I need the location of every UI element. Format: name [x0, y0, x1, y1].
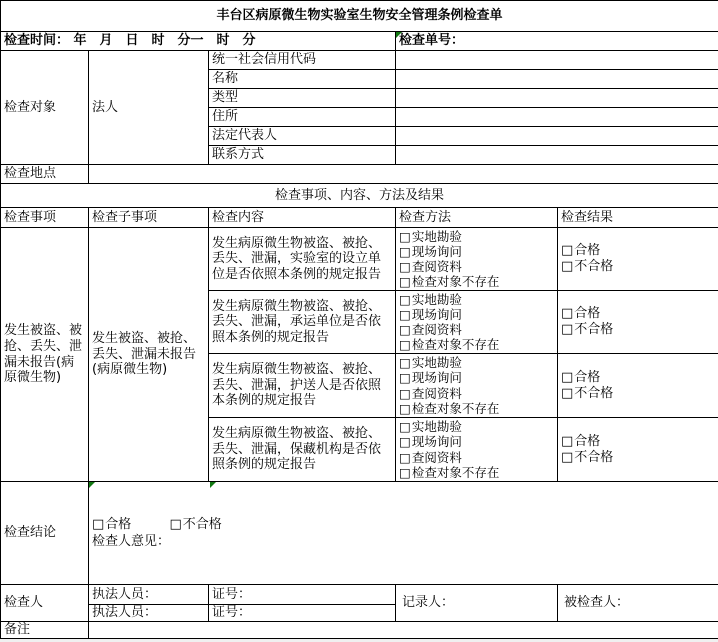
result-option[interactable]: □合格 — [561, 370, 715, 386]
object-label: 检查对象 — [1, 51, 89, 165]
results-cell: □合格 □不合格 — [558, 418, 718, 482]
method-label: 实地勘验 — [412, 292, 462, 307]
method-label: 检查对象不存在 — [412, 274, 500, 289]
method-label: 查阅资料 — [412, 259, 462, 274]
checkbox-icon: □ — [92, 517, 104, 532]
place-label: 检查地点 — [1, 165, 89, 184]
method-option[interactable]: □查阅资料 — [399, 386, 554, 401]
col-header-item: 检查事项 — [1, 208, 89, 228]
conclusion-options: □合格 □不合格 — [92, 517, 715, 533]
content-cell: 发生病原微生物被盗、被抢、丢失、泄漏，护送人是否依照本条例的规定报告 — [209, 354, 396, 418]
col-header-content: 检查内容 — [209, 208, 396, 228]
conclusion-option-fail[interactable]: □不合格 — [169, 517, 221, 532]
checkbox-icon: □ — [169, 517, 181, 532]
subitem-cell: 发生被盗、被抢、丢失、泄漏未报告(病原微生物) — [89, 228, 209, 482]
error-marker-icon — [89, 482, 95, 488]
method-label: 实地勘验 — [412, 419, 462, 434]
officer-field-2[interactable]: 执法人员： — [89, 605, 209, 622]
field-value-contact[interactable] — [396, 146, 718, 165]
checkbox-icon: □ — [399, 401, 411, 416]
checkbox-icon: □ — [399, 307, 411, 322]
results-cell: □合格 □不合格 — [558, 228, 718, 291]
method-option[interactable]: □检查对象不存在 — [399, 337, 554, 352]
error-marker-icon — [210, 482, 216, 488]
method-label: 检查对象不存在 — [412, 465, 500, 480]
remark-value[interactable] — [89, 622, 718, 639]
result-label: 不合格 — [574, 450, 613, 465]
checkbox-icon: □ — [561, 259, 573, 274]
method-option[interactable]: □现场询问 — [399, 370, 554, 385]
content-cell: 发生病原微生物被盗、被抢、丢失、泄漏，保藏机构是否依照条例的规定报告 — [209, 418, 396, 482]
method-label: 现场询问 — [412, 434, 462, 449]
result-option[interactable]: □合格 — [561, 306, 715, 322]
result-label: 合格 — [574, 434, 600, 449]
officer-field-1[interactable]: 执法人员： — [89, 585, 209, 605]
result-label: 不合格 — [574, 322, 613, 337]
section-header: 检查事项、内容、方法及结果 — [1, 184, 718, 208]
conclusion-option-pass[interactable]: □合格 — [92, 517, 131, 532]
checkbox-icon: □ — [399, 259, 411, 274]
inspector-label: 检查人 — [1, 585, 89, 622]
result-label: 不合格 — [574, 386, 613, 401]
method-option[interactable]: □实地勘验 — [399, 229, 554, 244]
result-label: 合格 — [574, 370, 600, 385]
checkbox-icon: □ — [561, 386, 573, 401]
inspector-opinion-label: 检查人意见： — [92, 534, 715, 550]
result-label: 不合格 — [574, 259, 613, 274]
method-label: 查阅资料 — [412, 450, 462, 465]
result-option[interactable]: □合格 — [561, 243, 715, 259]
method-label: 现场询问 — [412, 307, 462, 322]
checkbox-icon: □ — [399, 355, 411, 370]
col-header-result: 检查结果 — [558, 208, 718, 228]
method-option[interactable]: □检查对象不存在 — [399, 274, 554, 289]
checkbox-icon: □ — [561, 450, 573, 465]
remark-label: 备注 — [1, 622, 89, 639]
checkbox-icon: □ — [399, 370, 411, 385]
field-label-address: 住所 — [209, 108, 396, 127]
inspected-person-field[interactable]: 被检查人： — [558, 585, 718, 622]
object-type-label: 法人 — [89, 51, 209, 165]
cert-field-2[interactable]: 证号： — [209, 605, 396, 622]
checkbox-icon: □ — [561, 322, 573, 337]
method-label: 现场询问 — [412, 244, 462, 259]
method-label: 实地勘验 — [412, 355, 462, 370]
methods-cell: □实地勘验 □现场询问 □查阅资料 □检查对象不存在 — [396, 291, 558, 354]
field-label-credit-code: 统一社会信用代码 — [209, 51, 396, 70]
item-cell: 发生被盗、被抢、丢失、泄漏未报告(病原微生物) — [1, 228, 89, 482]
conclusion-label: 检查结论 — [1, 482, 89, 585]
conclusion-cell[interactable]: □合格 □不合格 检查人意见： — [89, 482, 718, 585]
field-label-legal-rep: 法定代表人 — [209, 127, 396, 146]
method-option[interactable]: □实地勘验 — [399, 292, 554, 307]
inspection-form-table: 丰台区病原微生物实验室生物安全管理条例检查单 检查时间： 年 月 日 时 分一 … — [0, 0, 718, 639]
method-option[interactable]: □现场询问 — [399, 434, 554, 449]
field-value-address[interactable] — [396, 108, 718, 127]
result-option[interactable]: □不合格 — [561, 386, 715, 402]
checkbox-icon: □ — [399, 465, 411, 480]
sheet-bottom-strip — [0, 639, 718, 642]
checkbox-icon: □ — [561, 243, 573, 258]
method-option[interactable]: □现场询问 — [399, 244, 554, 259]
checkbox-icon: □ — [399, 244, 411, 259]
place-value[interactable] — [89, 165, 718, 184]
field-label-contact: 联系方式 — [209, 146, 396, 165]
methods-cell: □实地勘验 □现场询问 □查阅资料 □检查对象不存在 — [396, 228, 558, 291]
field-label-name: 名称 — [209, 70, 396, 89]
result-label: 合格 — [574, 243, 600, 258]
conclusion-option-label: 不合格 — [183, 517, 222, 532]
doc-number-field[interactable]: 检查单号： — [396, 32, 718, 51]
method-label: 现场询问 — [412, 370, 462, 385]
content-cell: 发生病原微生物被盗、被抢、丢失、泄漏，承运单位是否依照本条例的规定报告 — [209, 291, 396, 354]
checkbox-icon: □ — [399, 450, 411, 465]
result-option[interactable]: □不合格 — [561, 259, 715, 275]
checkbox-icon: □ — [561, 306, 573, 321]
error-marker-icon — [396, 32, 402, 38]
method-option[interactable]: □查阅资料 — [399, 259, 554, 274]
result-option[interactable]: □不合格 — [561, 322, 715, 338]
result-option[interactable]: □合格 — [561, 434, 715, 450]
checkbox-icon: □ — [399, 274, 411, 289]
methods-cell: □实地勘验 □现场询问 □查阅资料 □检查对象不存在 — [396, 418, 558, 482]
content-cell: 发生病原微生物被盗、被抢、丢失、泄漏，实验室的设立单位是否依照本条例的规定报告 — [209, 228, 396, 291]
checkbox-icon: □ — [399, 434, 411, 449]
methods-cell: □实地勘验 □现场询问 □查阅资料 □检查对象不存在 — [396, 354, 558, 418]
field-value-credit-code[interactable] — [396, 51, 718, 70]
form-title: 丰台区病原微生物实验室生物安全管理条例检查单 — [1, 1, 718, 32]
checkbox-icon: □ — [399, 322, 411, 337]
method-label: 检查对象不存在 — [412, 337, 500, 352]
checkbox-icon: □ — [399, 229, 411, 244]
result-option[interactable]: □不合格 — [561, 450, 715, 466]
field-value-type[interactable] — [396, 89, 718, 108]
conclusion-option-label: 合格 — [105, 517, 131, 532]
checkbox-icon: □ — [399, 337, 411, 352]
method-label: 检查对象不存在 — [412, 401, 500, 416]
results-cell: □合格 □不合格 — [558, 354, 718, 418]
method-label: 实地勘验 — [412, 229, 462, 244]
col-header-subitem: 检查子事项 — [89, 208, 209, 228]
method-label: 查阅资料 — [412, 386, 462, 401]
checkbox-icon: □ — [561, 370, 573, 385]
checkbox-icon: □ — [399, 292, 411, 307]
doc-number-label: 检查单号： — [399, 33, 464, 48]
method-option[interactable]: □查阅资料 — [399, 322, 554, 337]
method-option[interactable]: □查阅资料 — [399, 450, 554, 465]
recorder-field[interactable]: 记录人： — [396, 585, 558, 622]
method-option[interactable]: □实地勘验 — [399, 419, 554, 434]
result-label: 合格 — [574, 306, 600, 321]
inspection-form-page: 丰台区病原微生物实验室生物安全管理条例检查单 检查时间： 年 月 日 时 分一 … — [0, 0, 718, 642]
checkbox-icon: □ — [399, 419, 411, 434]
method-option[interactable]: □实地勘验 — [399, 355, 554, 370]
method-option[interactable]: □检查对象不存在 — [399, 465, 554, 480]
check-time-field[interactable]: 检查时间： 年 月 日 时 分一 时 分 — [1, 32, 396, 51]
method-option[interactable]: □检查对象不存在 — [399, 401, 554, 416]
checkbox-icon: □ — [561, 434, 573, 449]
field-value-name[interactable] — [396, 70, 718, 89]
results-cell: □合格 □不合格 — [558, 291, 718, 354]
checkbox-icon: □ — [399, 386, 411, 401]
col-header-method: 检查方法 — [396, 208, 558, 228]
field-label-type: 类型 — [209, 89, 396, 108]
cert-field-1[interactable]: 证号： — [209, 585, 396, 605]
method-option[interactable]: □现场询问 — [399, 307, 554, 322]
method-label: 查阅资料 — [412, 322, 462, 337]
field-value-legal-rep[interactable] — [396, 127, 718, 146]
